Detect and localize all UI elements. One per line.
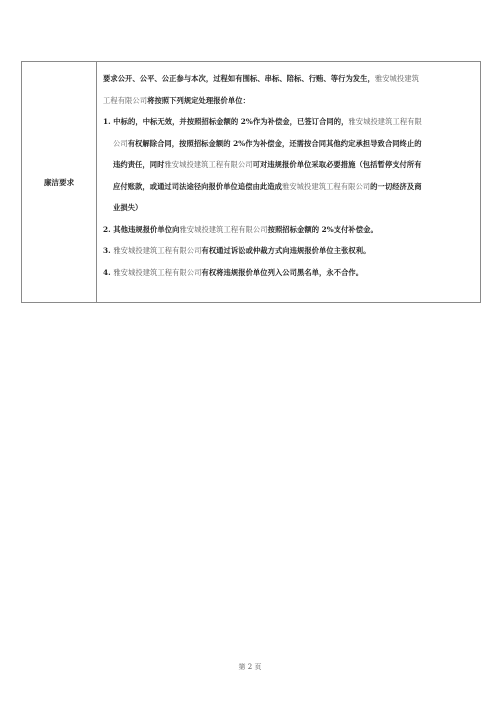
company-name: 雅安城投建筑工程有限公司 xyxy=(282,182,370,191)
integrity-requirements-table: 廉洁要求 要求公开、公平、公正参与本次，过程如有围标、串标、陪标、行贿、等行为发… xyxy=(21,61,481,303)
company-name: 雅安城投建筑工程有限公司 xyxy=(113,246,201,255)
requirement-line: 工程有限公司将按照下列规定处理报价单位： xyxy=(103,90,474,112)
requirement-line: 业损失） xyxy=(103,197,474,219)
requirements-content-cell: 要求公开、公平、公正参与本次，过程如有围标、串标、陪标、行贿、等行为发生，雅安城… xyxy=(97,62,480,302)
line-text: 可对违规报价单位采取必要措施（包括暂停支付所有 xyxy=(253,160,422,169)
line-text: 有权解除合同，按照招标金额的 2%作为补偿金，还需按合同其他约定承担导致合同终止… xyxy=(128,139,422,148)
page-number: 第 2 页 xyxy=(0,662,500,672)
company-name: 雅安城投建筑工程有限 xyxy=(348,117,421,126)
line-text: 的一切经济及商 xyxy=(370,182,421,191)
requirement-line: 要求公开、公平、公正参与本次，过程如有围标、串标、陪标、行贿、等行为发生，雅安城… xyxy=(103,68,474,90)
row-label-cell: 廉洁要求 xyxy=(22,62,97,302)
line-text: 应付账款，或通过司法途径向报价单位追偿由此造成 xyxy=(113,182,282,191)
line-text: 3. xyxy=(103,246,113,255)
company-name: 雅安城投建筑工程有限公司 xyxy=(164,160,252,169)
line-text: 按照招标金额的 2%支付补偿金。 xyxy=(268,225,378,234)
line-text: 有权将违规报价单位列入公司黑名单，永不合作。 xyxy=(201,268,363,277)
line-text: 4. xyxy=(103,268,113,277)
requirement-line: 1. 中标的，中标无效，并按照招标金额的 2%作为补偿金，已签订合同的，雅安城投… xyxy=(103,111,474,133)
requirement-line: 公司有权解除合同，按照招标金额的 2%作为补偿金，还需按合同其他约定承担导致合同… xyxy=(103,133,474,155)
line-text: 将按照下列规定处理报价单位： xyxy=(147,96,250,105)
requirement-line: 4. 雅安城投建筑工程有限公司有权将违规报价单位列入公司黑名单，永不合作。 xyxy=(103,262,474,284)
requirement-line: 3. 雅安城投建筑工程有限公司有权通过诉讼或仲裁方式向违规报价单位主张权利。 xyxy=(103,240,474,262)
company-name: 雅安城投建筑工程有限公司 xyxy=(113,268,201,277)
requirement-line: 2. 其他违规报价单位向雅安城投建筑工程有限公司按照招标金额的 2%支付补偿金。 xyxy=(103,219,474,241)
line-text: 1. 中标的，中标无效，并按照招标金额的 2%作为补偿金，已签订合同的， xyxy=(103,117,348,126)
line-text: 2. 其他违规报价单位向 xyxy=(103,225,179,234)
requirement-line: 违约责任，同时雅安城投建筑工程有限公司可对违规报价单位采取必要措施（包括暂停支付… xyxy=(103,154,474,176)
line-text: 违约责任，同时 xyxy=(113,160,164,169)
company-name: 工程有限公司 xyxy=(103,96,147,105)
line-text: 要求公开、公平、公正参与本次，过程如有围标、串标、陪标、行贿、等行为发生， xyxy=(103,74,375,83)
row-label: 廉洁要求 xyxy=(44,177,74,188)
company-name: 雅安城投建筑工程有限公司 xyxy=(179,225,267,234)
company-name: 公司 xyxy=(113,139,128,148)
company-name: 雅安城投建筑 xyxy=(375,74,419,83)
requirement-line: 应付账款，或通过司法途径向报价单位追偿由此造成雅安城投建筑工程有限公司的一切经济… xyxy=(103,176,474,198)
line-text: 业损失） xyxy=(113,203,142,212)
line-text: 有权通过诉讼或仲裁方式向违规报价单位主张权利。 xyxy=(201,246,370,255)
